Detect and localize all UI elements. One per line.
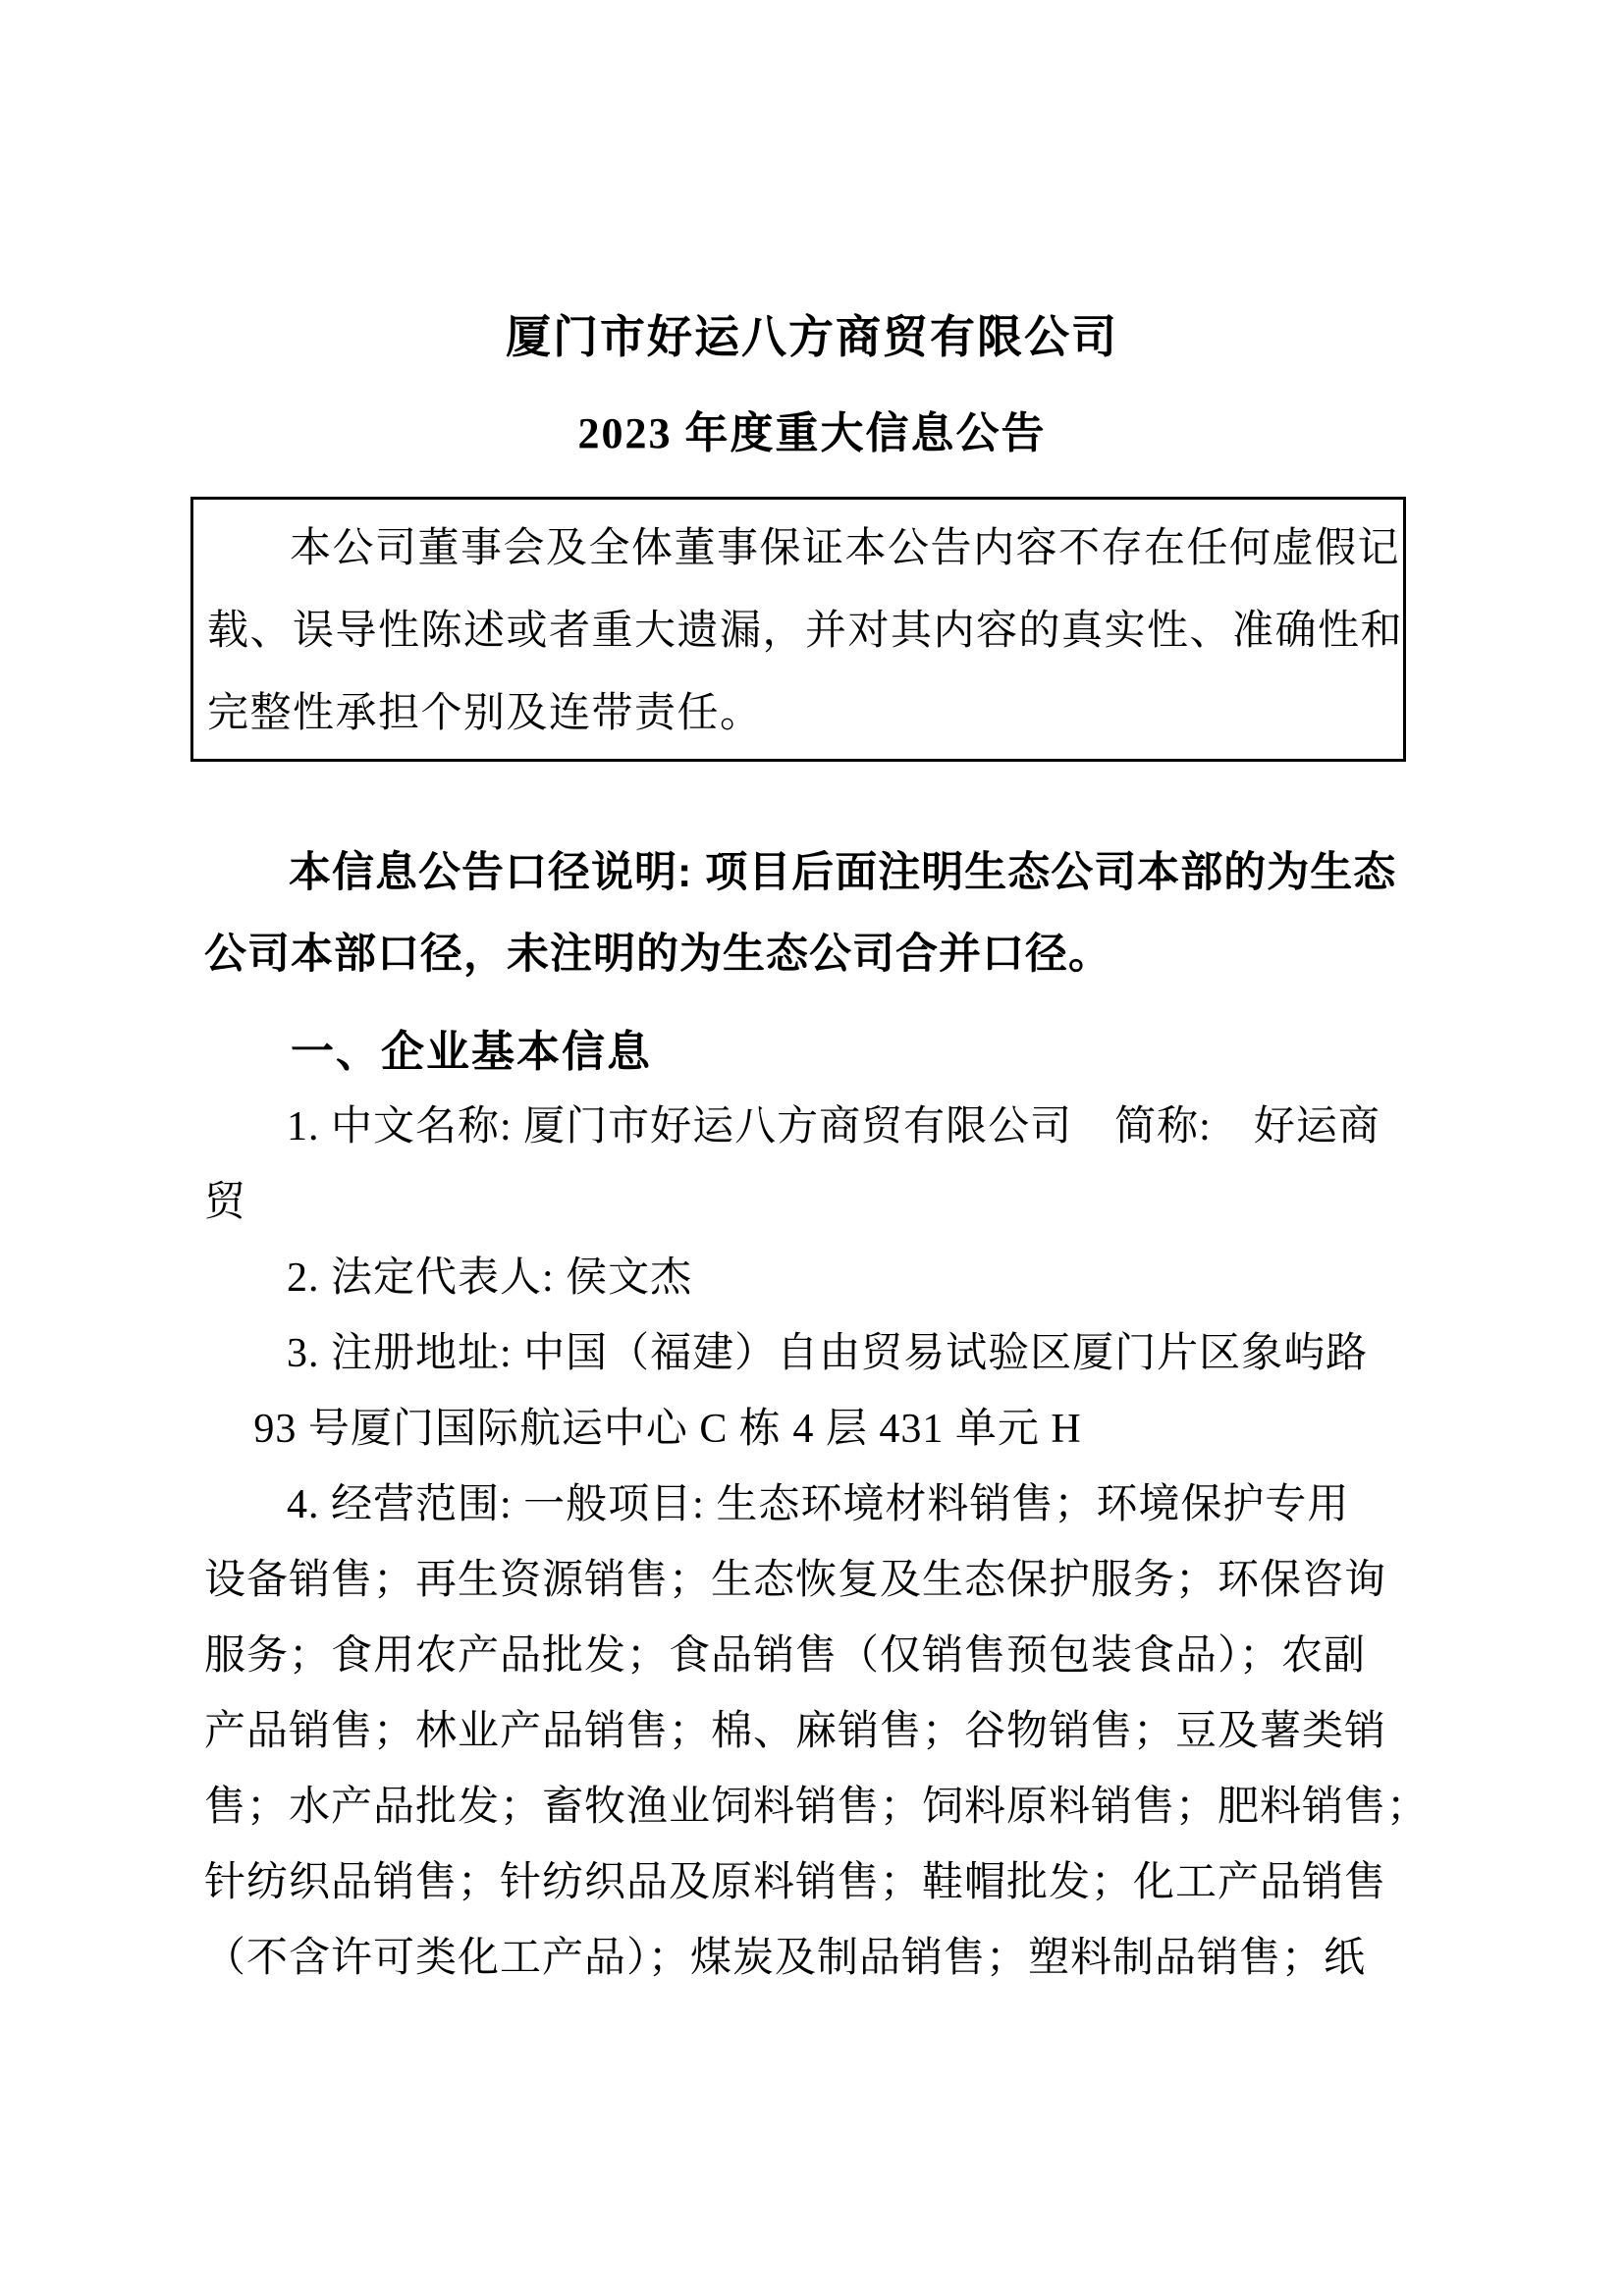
body-line-chinese-name: 1. 中文名称: 厦门市好运八方商贸有限公司 简称: 好运商 (204, 1090, 1420, 1165)
disclaimer-line-3: 完整性承担个别及连带责任。 (207, 672, 1389, 755)
intro-line-1: 本信息公告口径说明: 项目后面注明生态公司本部的为生态 (204, 832, 1420, 914)
body-line-registered-address: 3. 注册地址: 中国（福建）自由贸易试验区厦门片区象屿路 (204, 1316, 1420, 1392)
body-line-legal-representative: 2. 法定代表人: 侯文杰 (204, 1241, 1420, 1316)
disclaimer-box: 本公司董事会及全体董事保证本公告内容不存在任何虚假记 载、误导性陈述或者重大遗漏… (190, 497, 1406, 762)
disclaimer-line-1: 本公司董事会及全体董事保证本公告内容不存在任何虚假记 (207, 507, 1389, 590)
document-subtitle: 2023 年度重大信息公告 (204, 408, 1420, 459)
body-line-business-scope-7: （不含许可类化工产品）；煤炭及制品销售；塑料制品销售；纸 (204, 1921, 1420, 1997)
document-page: 厦门市好运八方商贸有限公司 2023 年度重大信息公告 本公司董事会及全体董事保… (0, 0, 1624, 2296)
body-line-business-scope-4: 产品销售；林业产品销售；棉、麻销售；谷物销售；豆及薯类销 (204, 1694, 1420, 1770)
document-content: 厦门市好运八方商贸有限公司 2023 年度重大信息公告 本公司董事会及全体董事保… (0, 310, 1624, 1997)
body-line-business-scope-6: 针纺织品销售；针纺织品及原料销售；鞋帽批发；化工产品销售 (204, 1845, 1420, 1921)
document-title: 厦门市好运八方商贸有限公司 (204, 310, 1420, 365)
body-line-business-scope-5: 售；水产品批发；畜牧渔业饲料销售；饲料原料销售；肥料销售； (204, 1770, 1420, 1845)
intro-paragraph: 本信息公告口径说明: 项目后面注明生态公司本部的为生态 公司本部口径，未注明的为… (204, 832, 1420, 995)
body-line-registered-address-cont: 93 号厦门国际航运中心 C 栋 4 层 431 单元 H (204, 1392, 1420, 1468)
disclaimer-line-2: 载、误导性陈述或者重大遗漏，并对其内容的真实性、准确性和 (207, 590, 1389, 672)
body-line-business-scope-2: 设备销售；再生资源销售；生态恢复及生态保护服务；环保咨询 (204, 1543, 1420, 1619)
body-line-chinese-name-cont: 贸 (204, 1165, 1420, 1241)
section-body: 1. 中文名称: 厦门市好运八方商贸有限公司 简称: 好运商 贸 2. 法定代表… (204, 1090, 1420, 1997)
intro-line-2: 公司本部口径，未注明的为生态公司合并口径。 (204, 914, 1420, 995)
body-line-business-scope-1: 4. 经营范围: 一般项目: 生态环境材料销售；环境保护专用 (204, 1468, 1420, 1543)
section-heading: 一、企业基本信息 (204, 1023, 1420, 1082)
body-line-business-scope-3: 服务；食用农产品批发；食品销售（仅销售预包装食品）；农副 (204, 1619, 1420, 1694)
